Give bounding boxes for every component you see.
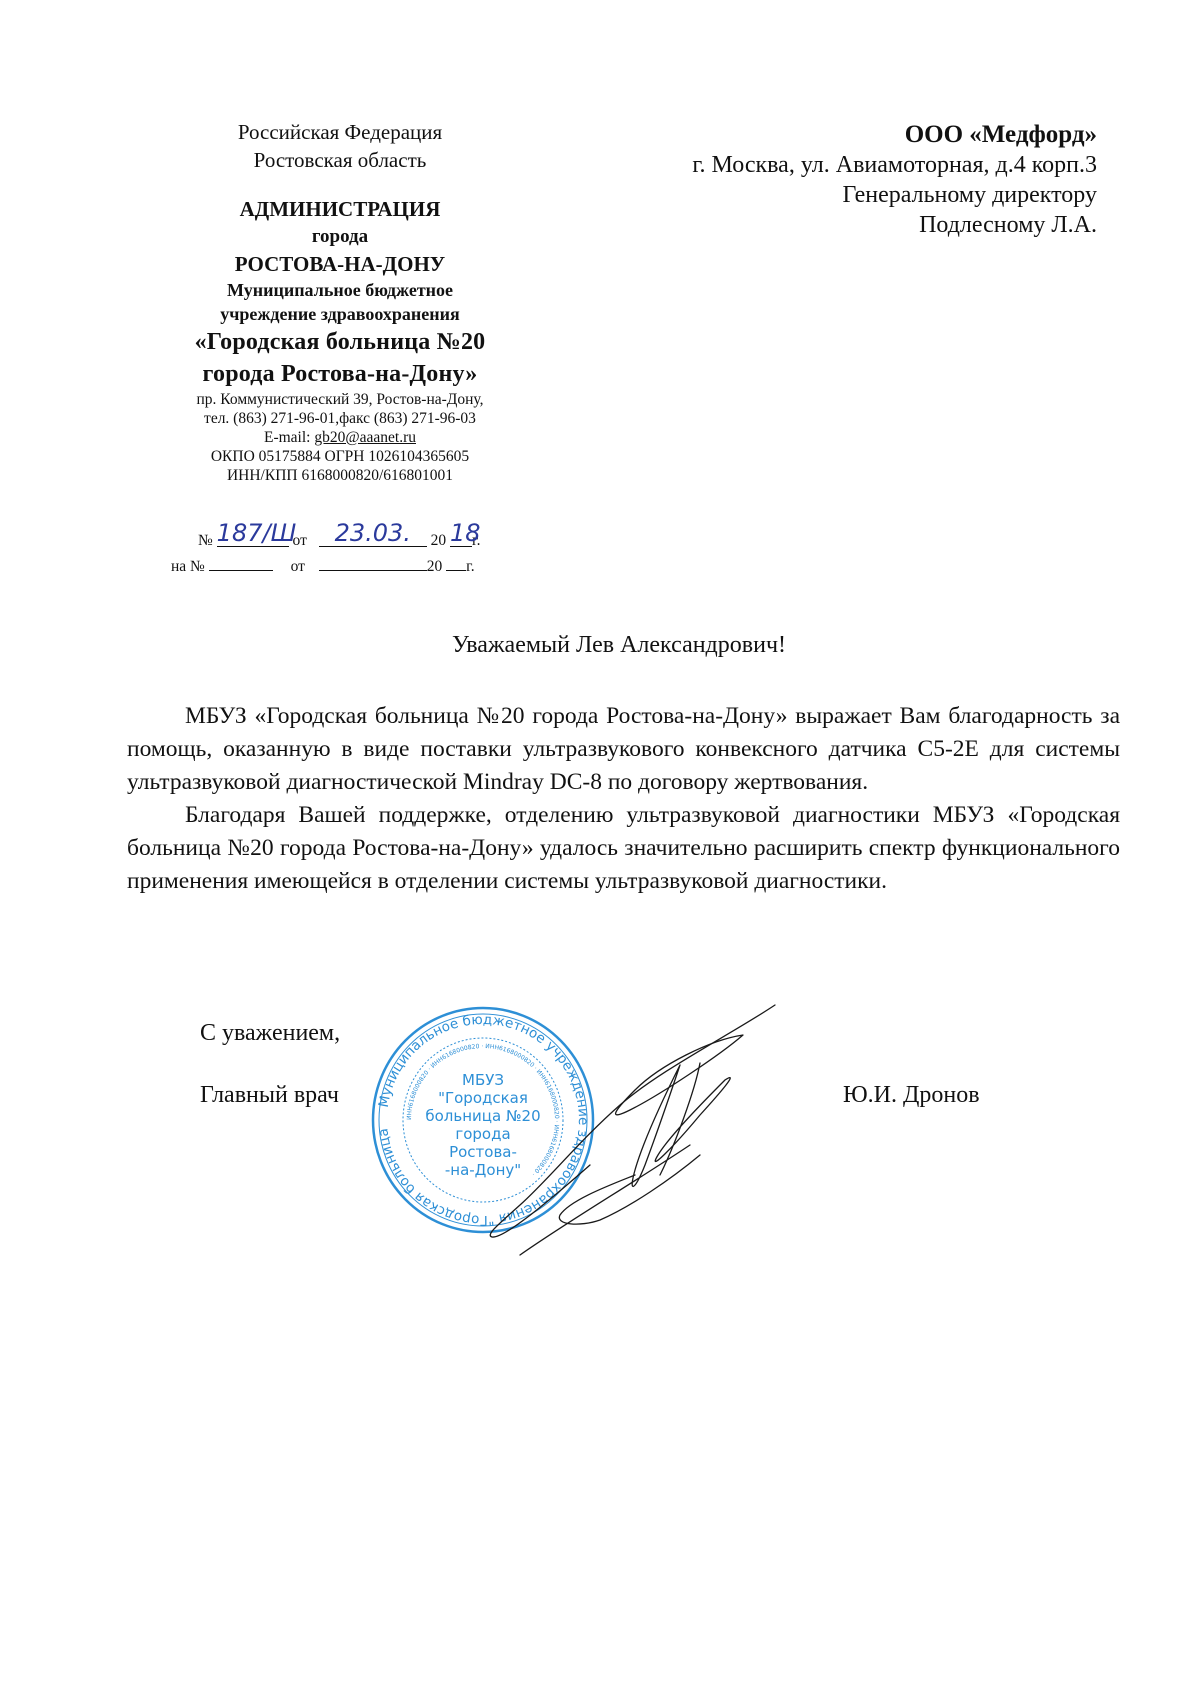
hospital-name-line-1: «Городская больница №20	[140, 326, 540, 358]
reply-date-field	[319, 552, 427, 571]
email-link[interactable]: gb20@aaanet.ru	[314, 429, 416, 446]
signer-title: Главный врач	[200, 1082, 339, 1109]
number-field: 187/Ш	[217, 528, 289, 547]
authority: АДМИНИСТРАЦИЯ	[140, 194, 540, 224]
addressee-address: г. Москва, ул. Авиамоторная, д.4 корп.3	[692, 150, 1097, 180]
handwritten-number: 187/Ш	[217, 519, 297, 547]
email-label: E-mail:	[264, 429, 314, 446]
hospital-address: пр. Коммунистический 39, Ростов-на-Дону,	[140, 390, 540, 409]
region: Ростовская область	[140, 146, 540, 174]
addressee-name: Подлесному Л.А.	[692, 210, 1097, 240]
addressee-company: ООО «Медфорд»	[692, 120, 1097, 150]
number-label: №	[198, 532, 213, 549]
city: РОСТОВА-НА-ДОНУ	[140, 250, 540, 278]
country: Российская Федерация	[140, 118, 540, 146]
outgoing-reference: № 187/Ш от 23.03. 20 18г.	[198, 528, 480, 550]
date-field: 23.03.	[319, 528, 427, 547]
body-paragraph-1: МБУЗ «Городская больница №20 города Рост…	[127, 700, 1120, 799]
reply-year-suffix: г.	[466, 558, 474, 575]
greeting: Уважаемый Лев Александрович!	[452, 632, 786, 659]
city-prefix: города	[140, 224, 540, 250]
institution-line-1: Муниципальное бюджетное	[140, 278, 540, 302]
handwritten-year: 18	[450, 519, 481, 547]
reply-number-field	[209, 552, 273, 571]
reply-year-field	[446, 552, 466, 571]
closing-regards: С уважением,	[200, 1020, 340, 1047]
sender-letterhead: Российская Федерация Ростовская область …	[140, 118, 540, 485]
handwritten-date: 23.03.	[335, 519, 411, 547]
hospital-phones: тел. (863) 271-96-01,факс (863) 271-96-0…	[140, 409, 540, 428]
reply-number-label: на №	[171, 558, 205, 575]
hospital-email-line: E-mail: gb20@aaanet.ru	[140, 428, 540, 447]
body-paragraph-2: Благодаря Вашей поддержке, отделению уль…	[127, 799, 1120, 898]
institution-line-2: учреждение здравоохранения	[140, 302, 540, 326]
addressee-position: Генеральному директору	[692, 180, 1097, 210]
addressee-block: ООО «Медфорд» г. Москва, ул. Авиамоторна…	[692, 120, 1097, 240]
reply-year-prefix: 20	[427, 558, 443, 575]
inn-kpp: ИНН/КПП 6168000820/616801001	[140, 466, 540, 485]
handwritten-signature-icon	[460, 985, 860, 1305]
signer-name: Ю.И. Дронов	[843, 1082, 980, 1109]
hospital-name-line-2: города Ростова-на-Дону»	[140, 358, 540, 390]
reply-from-label: от	[291, 558, 305, 575]
year-field: 18	[450, 528, 472, 547]
reply-reference: на № от 20 г.	[171, 552, 475, 576]
letter-body: МБУЗ «Городская больница №20 города Рост…	[127, 700, 1120, 898]
okpo-ogrn: ОКПО 05175884 ОГРН 1026104365605	[140, 447, 540, 466]
year-prefix: 20	[431, 532, 447, 549]
